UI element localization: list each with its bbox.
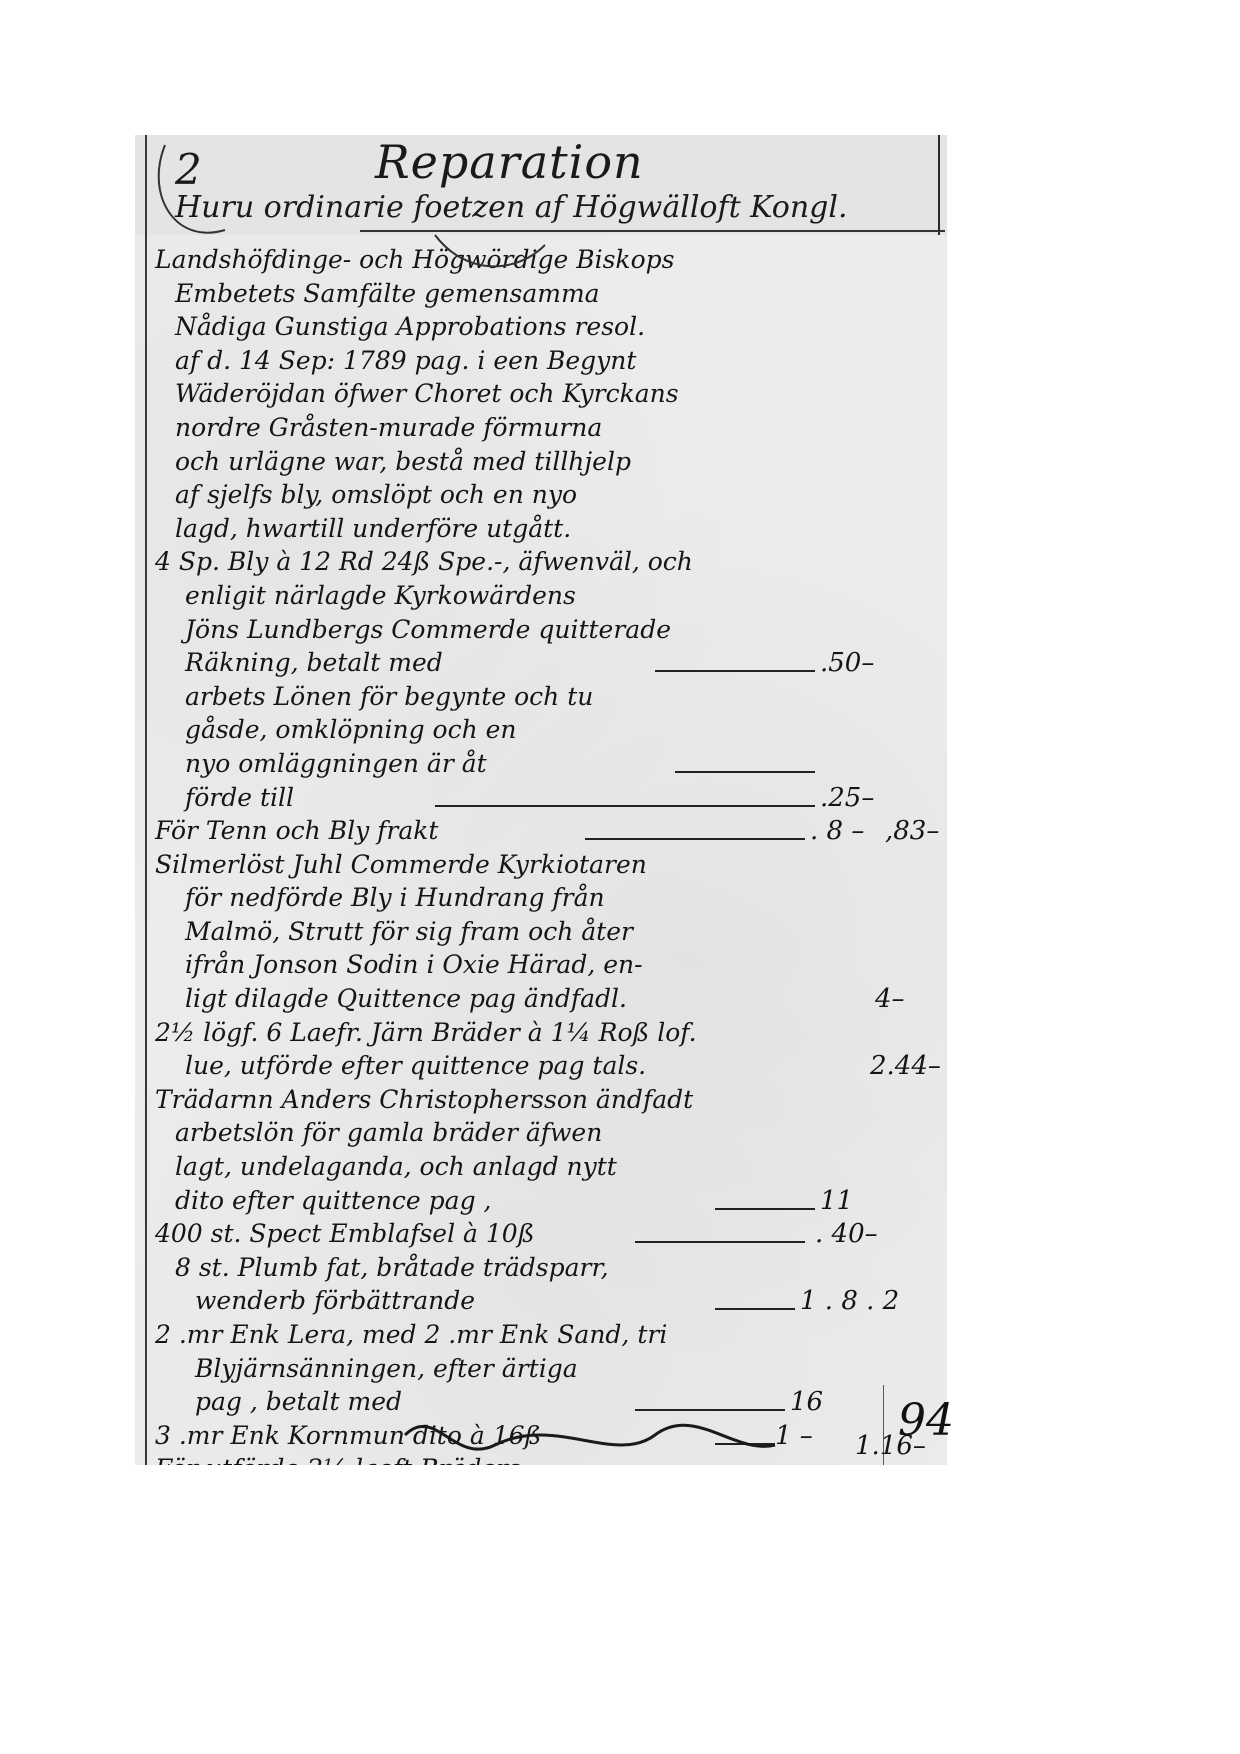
ledger-line: Malmö, Strutt för sig fram och åter [155,917,945,951]
amount: . 40– [815,1219,878,1249]
ledger-line: förde till .25– [155,783,945,817]
ledger-line: 400 st. Spect Emblafsel à 10ß . 40– [155,1219,945,1253]
ledger-line: enligit närlagde Kyrkowärdens [155,581,945,615]
ledger-line: och urlägne war, bestå med tillhjelp [155,447,945,481]
ledger-line: För Tenn och Bly frakt . 8 – ,83– [155,816,945,850]
manuscript-scan: 2 Reparation Huru ordinarie foetzen af H… [135,135,947,1465]
ledger-line: Blyjärnsänningen, efter ärtiga [155,1354,945,1388]
ledger-line: Embetets Samfälte gemensamma [155,279,945,313]
ledger-line: 3 .mr Enk Kornmun dito à 16ß 1 – 1.16– [155,1421,945,1455]
ledger-line: nyo omläggningen är åt [155,749,945,783]
ledger-line: lagd, hwartill underföre utgått. [155,514,945,548]
ledger-line: Wäderöjdan öfwer Choret och Kyrckans [155,379,945,413]
ledger-line: 4 Sp. Bly à 12 Rd 24ß Spe.-, äfwenväl, o… [155,547,945,581]
leader-line [585,838,805,840]
ledger-line: arbets Lönen för begynte och tu [155,682,945,716]
page-total: 94 [898,1395,954,1446]
ledger-line: Landshöfdinge- och Högwördige Biskops [155,245,945,279]
ledger-line: lagt, undelaganda, och anlagd nytt [155,1152,945,1186]
page-title: Reparation [375,135,644,189]
leader-line [715,1308,795,1310]
leader-line [655,670,815,672]
ledger-line: ifrån Jonson Sodin i Oxie Härad, en- [155,950,945,984]
ledger-line: af sjelfs bly, omslöpt och en nyo [155,480,945,514]
ledger-line: Trädarnn Anders Christophersson ändfadt [155,1085,945,1119]
amount: . 8 – [810,816,864,846]
ledger-line: wenderb förbättrande 1 . 8 . 2 [155,1286,945,1320]
amount: 16 [790,1387,823,1417]
amount: 1 . 8 . 2 [800,1286,899,1316]
ledger-line: nordre Gråsten-murade förmurna [155,413,945,447]
ledger-line: arbetslön för gamla bräder äfwen [155,1118,945,1152]
leader-line [635,1409,785,1411]
ledger-line: lue, utförde efter quittence pag tals. 2… [155,1051,945,1085]
page-subtitle: Huru ordinarie foetzen af Högwälloft Kon… [175,190,848,225]
page-header: 2 Reparation Huru ordinarie foetzen af H… [155,135,945,235]
ledger-line: För utförde 2½ laeft Bräders [155,1454,945,1465]
leader-line [435,805,815,807]
leader-line [715,1443,775,1445]
amount: 11 [820,1186,853,1216]
ledger-line: af d. 14 Sep: 1789 pag. i een Begynt [155,346,945,380]
entry-number: 2 [175,145,202,194]
ledger-line: pag , betalt med 16 [155,1387,945,1421]
left-margin-rule [145,135,147,1465]
ledger-line: för nedförde Bly i Hundrang från [155,883,945,917]
leader-line [715,1208,815,1210]
ledger-line: Silmerlöst Juhl Commerde Kyrkiotaren [155,850,945,884]
subtotal: ,83– [885,816,939,846]
amount: .25– [820,783,874,813]
ledger-line: ligt dilagde Quittence pag ändfadl. 4– [155,984,945,1018]
ledger-line: Räkning, betalt med .50– [155,648,945,682]
amount: 2.44– [870,1051,941,1081]
amount: .50– [820,648,874,678]
ledger-line: dito efter quittence pag , 11 [155,1186,945,1220]
ledger-lines: Landshöfdinge- och Högwördige Biskops Em… [155,245,945,1465]
ledger-line: Nådiga Gunstiga Approbations resol. [155,312,945,346]
amount: 1 – [775,1421,813,1451]
leader-line [675,771,815,773]
ledger-line: gåsde, omklöpning och en [155,715,945,749]
ledger-line: Jöns Lundbergs Commerde quitterade [155,615,945,649]
leader-line [635,1241,805,1243]
ledger-line: 2½ lögf. 6 Laefr. Järn Bräder à 1¼ Roß l… [155,1018,945,1052]
amount: 4– [875,984,905,1014]
ledger-line: 2 .mr Enk Lera, med 2 .mr Enk Sand, tri [155,1320,945,1354]
ledger-line: 8 st. Plumb fat, bråtade trädsparr, [155,1253,945,1287]
